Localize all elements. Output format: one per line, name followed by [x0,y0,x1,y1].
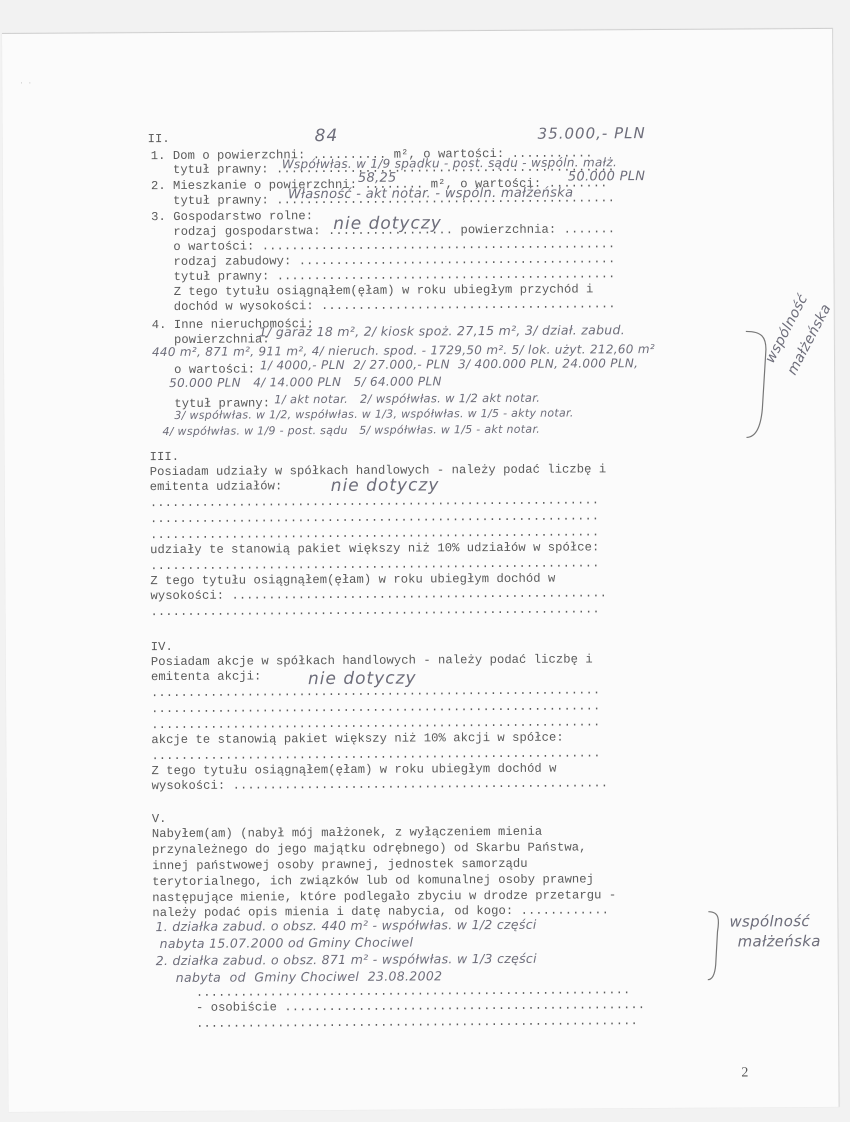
section-4-heading: IV. [151,640,173,654]
farm-label: 3. Gospodarstwo rolne: [151,209,313,224]
acquired-entry-2a: 2. działka zabud. o obsz. 871 m² - współ… [156,952,537,967]
acquired-dots-2: ........................................… [196,1014,638,1031]
flat-title-value: Własność - akt notar. - wspóln. małżeńsk… [288,187,573,202]
stocks-package-label: akcje te stanowią pakiet większy niż 10%… [151,731,563,748]
acquired-personal: - osobiście ............................… [196,998,645,1015]
shares-label-2: emitenta udziałów: [150,479,283,494]
farm-title-label: tytuł prawny: ..........................… [151,267,615,284]
scan-specks: · · [19,80,32,88]
house-area-value: 84 [315,130,339,143]
acquired-entry-1b: nabyta 15.07.2000 od Gminy Chociwel [160,936,414,951]
document-page: · · II. 1. Dom o powierzchni: ..........… [2,28,840,1112]
flat-area-value: 58,25 [358,172,397,185]
farm-value-label: o wartości: ............................… [151,237,615,254]
stocks-dots-4: ........................................… [151,746,600,763]
farm-income-label-1: Z tego tytułu osiągnąłem(ęłam) w roku ub… [152,282,594,299]
flat-value: 50.000 PLN [568,170,646,183]
shares-income-label-1: Z tego tytułu osiągnąłem(ęłam) w roku ub… [150,572,555,588]
acquired-entry-1a: 1. działka zabud. o obsz. 440 m² - współ… [155,918,536,933]
farm-income-label-2: dochód w wysokości: ....................… [152,297,616,314]
acquired-label-1: Nabyłem(am) (nabył mój małżonek, z wyłąc… [152,825,542,841]
other-value-value-2: 50.000 PLN 4/ 14.000 PLN 5/ 64.000 PLN [169,375,442,390]
stocks-dots-1: ........................................… [151,683,600,700]
shares-dots-4: ........................................… [150,556,599,573]
house-value: 35.000,- PLN [538,127,646,141]
page-number: 2 [741,1065,748,1081]
section-2-heading: II. [148,132,170,146]
shares-package-label: udziały te stanowią pakiet większy niż 1… [150,540,599,557]
side-note-marital-4: małżeńska [738,935,821,949]
other-title-value-1: 1/ akt notar. 2/ współwłas. w 1/2 akt no… [274,392,540,407]
side-note-marital-3: wspólność [729,915,809,928]
acquired-label-2: przynależnego do jego majątku odrębnego)… [152,840,587,857]
shares-dots-3: ........................................… [150,525,599,542]
other-value-value-1: 1/ 4000,- PLN 2/ 27.000,- PLN 3/ 400.000… [260,357,638,372]
stocks-dots-3: ........................................… [151,715,600,732]
section-5-heading: V. [152,812,167,826]
shares-dots-5: ........................................… [150,602,599,619]
shares-dots-2: ........................................… [150,509,599,526]
farm-value-handwritten: nie dotyczy [333,217,442,231]
acquired-label-4: terytorialnego, ich związków lub od komu… [152,872,594,889]
other-area-value-1: 1/ garaż 18 m², 2/ kiosk spoż. 27,15 m²,… [259,323,625,338]
section-3-heading: III. [150,450,180,464]
acquired-label-3: innej państwowej osoby prawnej, jednoste… [152,857,528,873]
stocks-label-2: emitenta akcji: [151,669,262,684]
other-title-value-3: 4/ współwłas. w 1/9 - post. sądu 5/ wspó… [162,423,540,438]
shares-income-label-2: wysokości: .............................… [150,586,607,603]
other-title-value-2: 3/ współwłas. w 1/2, współwłas. w 1/3, w… [174,407,573,422]
shares-dots-1: ........................................… [150,493,599,510]
acquired-label-5: następujące mienie, które podlegało zbyc… [152,888,616,905]
acquired-entry-2b: nabyta od Gminy Chociwel 23.08.2002 [176,969,443,984]
farm-buildings-label: rodzaj zabudowy: .......................… [151,252,615,269]
house-title-value: Współwłas. w 1/9 spadku - post. sądu - w… [282,156,617,171]
acquired-dots-1: ........................................… [196,983,631,1000]
shares-handwritten: nie dotyczy [331,479,440,493]
stocks-label-1: Posiadam akcje w spółkach handlowych - n… [151,652,593,669]
stocks-dots-2: ........................................… [151,699,600,716]
side-brace-icon-2 [705,910,727,982]
stocks-income-label-1: Z tego tytułu osiągnąłem(ęłam) w roku ub… [151,762,556,778]
stocks-income-label-2: wysokości: .............................… [152,776,609,793]
